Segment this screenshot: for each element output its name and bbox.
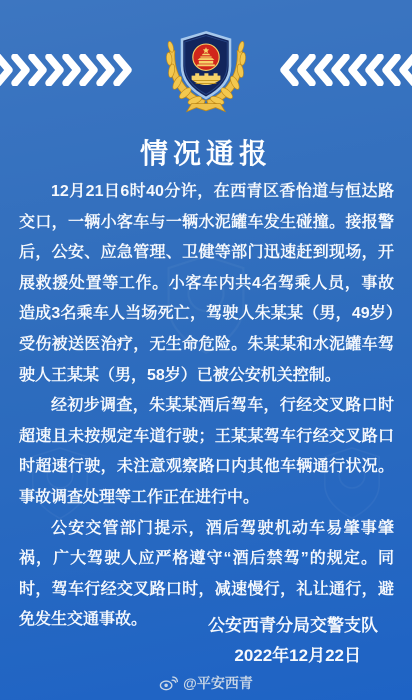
weibo-icon — [159, 675, 178, 691]
signature-unit: 公安西青分局交警支队 — [208, 611, 378, 641]
weibo-watermark: @平安西青 — [0, 673, 412, 693]
notice-body: 12月21日6时40分许，在西青区香怡道与恒达路交口，一辆小客车与一辆水泥罐车发… — [19, 177, 394, 636]
chevrons-left-icon — [272, 54, 412, 86]
police-notice-poster: 情况通报 12月21日6时40分许，在西青区香怡道与恒达路交口，一辆小客车与一辆… — [0, 0, 412, 700]
signature-date: 2022年12月22日 — [208, 641, 361, 671]
signature-block: 公安西青分局交警支队 2022年12月22日 — [208, 611, 378, 671]
page-title: 情况通报 — [0, 132, 412, 172]
paragraph-investigation: 经初步调查，朱某某酒后驾车，行经交叉路口时超速且未按规定车道行驶；王某某驾车行经… — [19, 391, 394, 513]
chevrons-right-icon — [0, 54, 140, 86]
police-badge-icon — [158, 22, 254, 118]
paragraph-incident: 12月21日6时40分许，在西青区香怡道与恒达路交口，一辆小客车与一辆水泥罐车发… — [19, 177, 394, 391]
watermark-handle: @平安西青 — [183, 673, 253, 693]
